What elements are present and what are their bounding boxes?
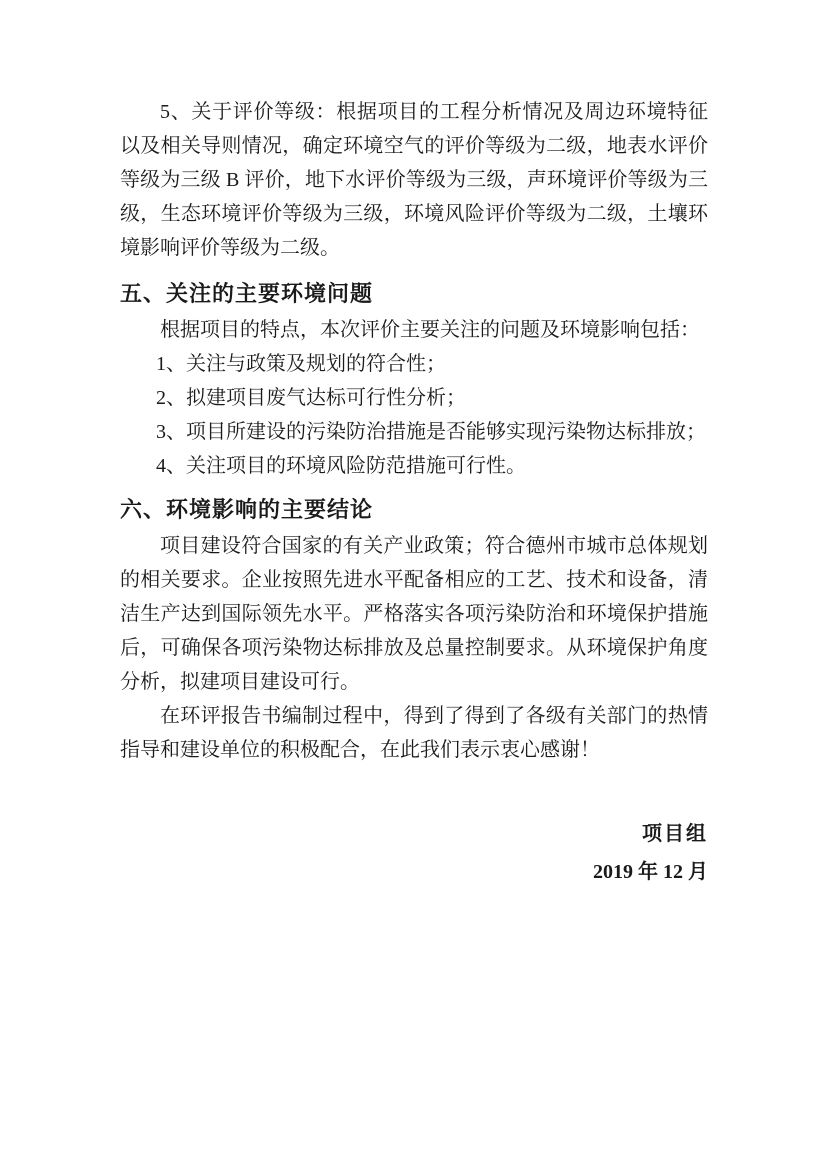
paragraph-acknowledgement: 在环评报告书编制过程中，得到了得到了各级有关部门的热情指导和建设单位的积极配合，… — [120, 699, 708, 767]
signature-name: 项目组 — [120, 815, 708, 853]
document-page: 5、关于评价等级：根据项目的工程分析情况及周边环境特征以及相关导则情况，确定环境… — [0, 0, 827, 1169]
paragraph-evaluation-grades: 5、关于评价等级：根据项目的工程分析情况及周边环境特征以及相关导则情况，确定环境… — [120, 95, 708, 265]
signature-date: 2019 年 12 月 — [120, 853, 708, 891]
signature-block: 项目组 2019 年 12 月 — [120, 815, 708, 891]
section-heading-six: 六、环境影响的主要结论 — [120, 495, 708, 525]
section-heading-five: 五、关注的主要环境问题 — [120, 279, 708, 309]
paragraph-conclusion: 项目建设符合国家的有关产业政策；符合德州市城市总体规划的相关要求。企业按照先进水… — [120, 529, 708, 699]
page-content: 5、关于评价等级：根据项目的工程分析情况及周边环境特征以及相关导则情况，确定环境… — [120, 95, 708, 891]
list-item-4: 4、关注项目的环境风险防范措施可行性。 — [120, 449, 708, 483]
list-item-1: 1、关注与政策及规划的符合性； — [120, 347, 708, 381]
list-item-2: 2、拟建项目废气达标可行性分析； — [120, 381, 708, 415]
list-item-3: 3、项目所建设的污染防治措施是否能够实现污染物达标排放； — [120, 415, 708, 449]
section-five-intro: 根据项目的特点，本次评价主要关注的问题及环境影响包括： — [120, 313, 708, 347]
